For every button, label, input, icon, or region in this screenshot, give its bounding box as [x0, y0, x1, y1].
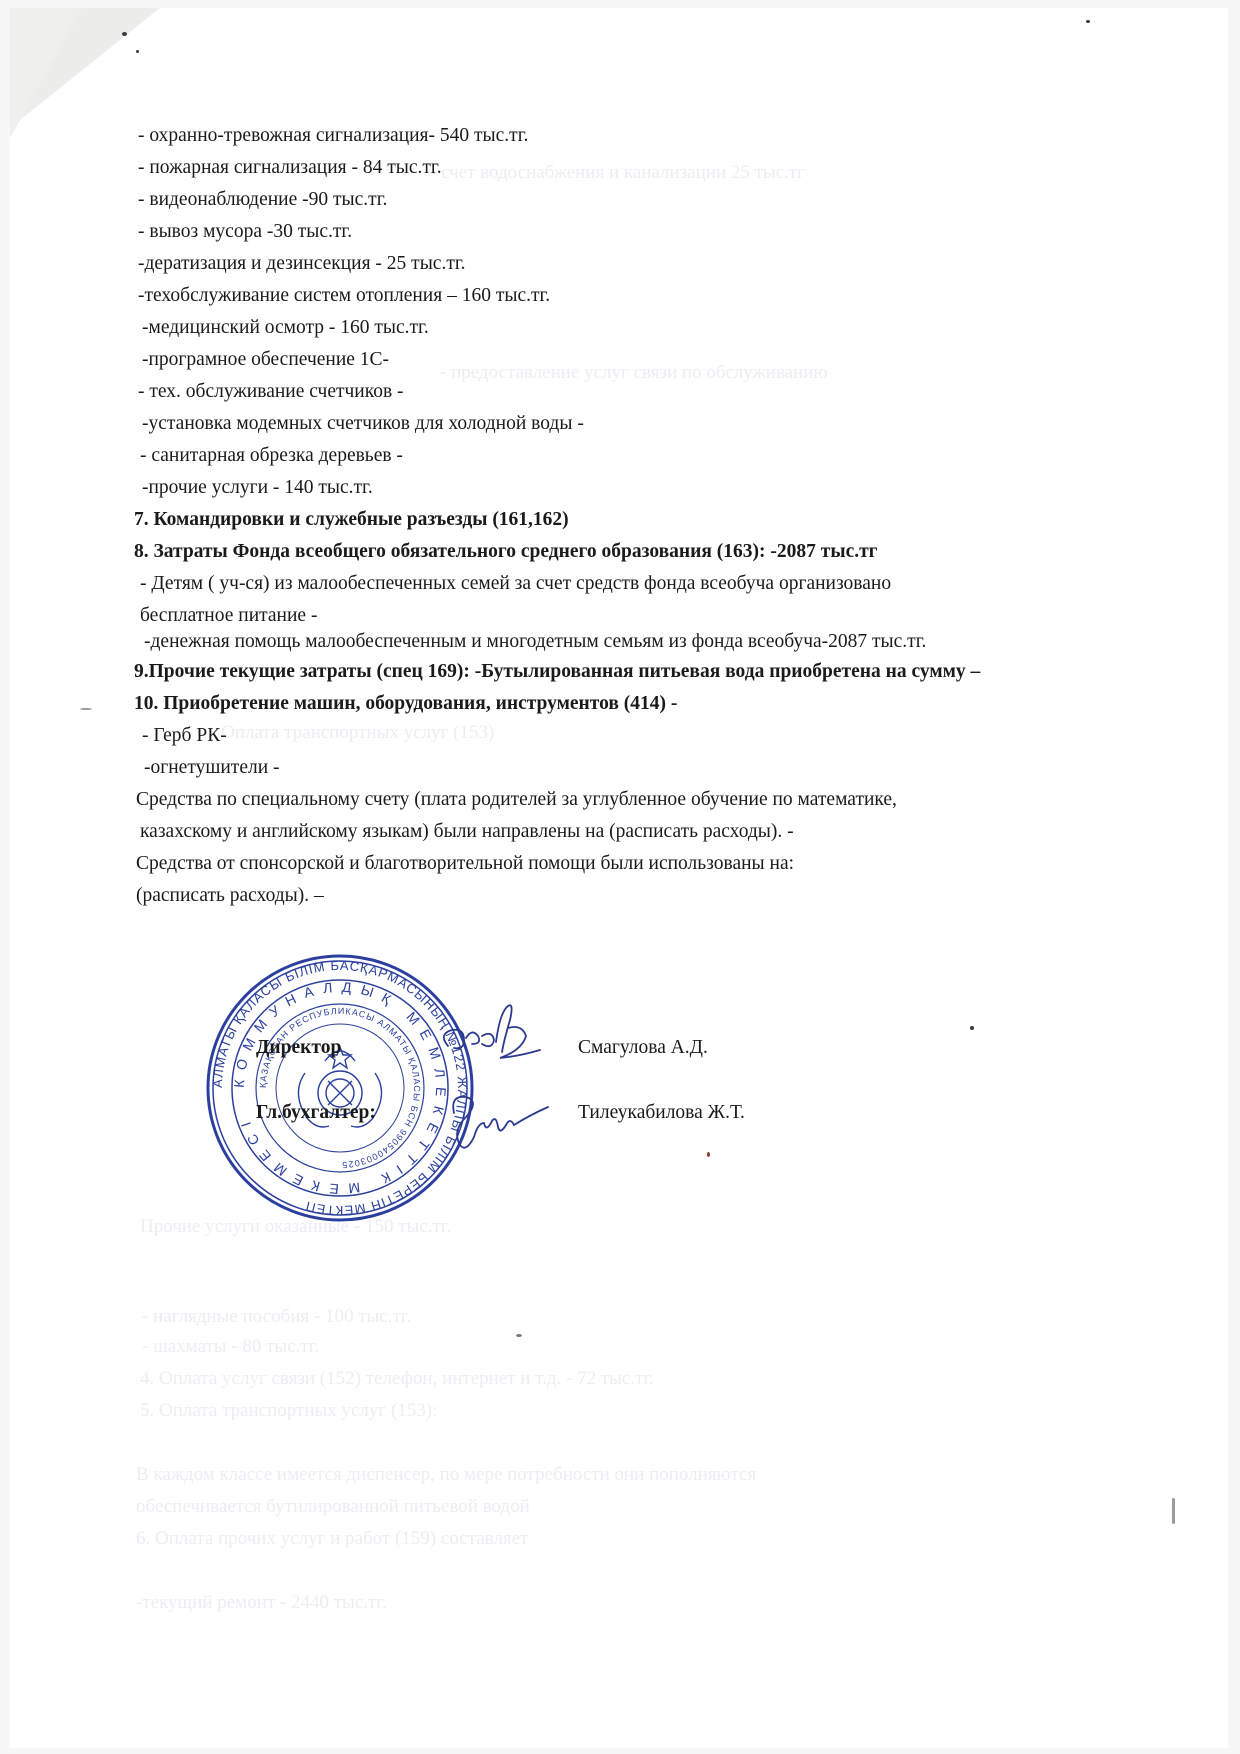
expense-line: -медицинский осмотр - 160 тыс.тг. — [142, 318, 429, 338]
page-fold-corner — [10, 8, 82, 138]
director-name: Смагулова А.Д. — [578, 1038, 708, 1058]
bleed-through-text: 6. Оплата прочих услуг и работ (159) сос… — [136, 1528, 528, 1550]
expense-line: -установка модемных счетчиков для холодн… — [142, 414, 584, 434]
official-stamp: АЛМАТЫ ҚАЛАСЫ БІЛІМ БАСҚАРМАСЫНЫҢ №122 Ж… — [205, 953, 475, 1223]
paragraph-line: Средства по специальному счету (плата ро… — [136, 790, 897, 810]
bleed-through-text: - шахматы - 80 тыс.тг. — [142, 1336, 319, 1358]
bleed-through-text: В каждом классе имеется диспенсер, по ме… — [136, 1464, 756, 1486]
paragraph-line: (расписать расходы). – — [136, 886, 324, 906]
bleed-through-text: 4. Оплата услуг связи (152) телефон, инт… — [140, 1368, 654, 1390]
expense-line: -програмное обеспечение 1С- — [142, 350, 389, 370]
expense-line: - санитарная обрезка деревьев - — [140, 446, 403, 466]
paragraph-line: Средства от спонсорской и благотворитель… — [136, 854, 794, 874]
expense-line: - пожарная сигнализация - 84 тыс.тг. — [138, 158, 442, 178]
scan-speck — [516, 1334, 522, 1337]
expense-line: бесплатное питание - — [140, 606, 317, 626]
svg-text:АЛМАТЫ ҚАЛАСЫ БІЛІМ БАСҚАРМАСЫ: АЛМАТЫ ҚАЛАСЫ БІЛІМ БАСҚАРМАСЫНЫҢ №122 Ж… — [210, 958, 470, 1218]
expense-line: - Герб РК- — [142, 726, 227, 746]
scan-speck — [136, 50, 139, 53]
section-heading-8: 8. Затраты Фонда всеобщего обязательного… — [134, 542, 878, 562]
bleed-through-text: обеспечивается бутилированной питьевой в… — [136, 1496, 530, 1518]
expense-line: -денежная помощь малообеспеченным и мног… — [144, 632, 926, 652]
bleed-through-text: - счет водоснабжения и канализации 25 ты… — [430, 162, 805, 184]
bleed-through-text: 5. Оплата транспортных услуг (153): — [140, 1400, 437, 1422]
scanned-page: - счет водоснабжения и канализации 25 ты… — [10, 8, 1228, 1748]
director-signature — [430, 998, 550, 1068]
bleed-through-text: - наглядные пособия - 100 тыс.тг. — [142, 1306, 411, 1328]
scan-speck — [122, 32, 127, 36]
expense-line: -дератизация и дезинсекция - 25 тыс.тг. — [138, 254, 466, 274]
bleed-through-text: -текущий ремонт - 2440 тыс.тг. — [136, 1592, 387, 1614]
expense-line: - тех. обслуживание счетчиков - — [138, 382, 404, 402]
bleed-through-text: - предоставление услуг связи по обслужив… — [440, 362, 828, 384]
director-title: Директор — [256, 1038, 341, 1058]
paragraph-line: казахскому и английскому языкам) были на… — [140, 822, 794, 842]
svg-text:ҚАЗАҚСТАН РЕСПУБЛИКАСЫ АЛМАТЫ: ҚАЗАҚСТАН РЕСПУБЛИКАСЫ АЛМАТЫ ҚАЛАСЫ БСН… — [258, 1006, 422, 1170]
expense-line: -огнетушители - — [144, 758, 280, 778]
scan-speck — [1172, 1498, 1175, 1524]
bleed-through-text: - Оплата транспортных услуг (153) — [210, 722, 494, 744]
scan-speck — [707, 1152, 710, 1157]
expense-line: -прочие услуги - 140 тыс.тг. — [142, 478, 373, 498]
accountant-title: Гл.бухгалтер: — [256, 1103, 376, 1123]
expense-line: - охранно-тревожная сигнализация- 540 ты… — [138, 126, 528, 146]
expense-line: - видеонаблюдение -90 тыс.тг. — [138, 190, 387, 210]
expense-line: -техобслуживание систем отопления – 160 … — [138, 286, 550, 306]
section-heading-10: 10. Приобретение машин, оборудования, ин… — [134, 694, 677, 714]
expense-line: - Детям ( уч-ся) из малообеспеченных сем… — [140, 574, 891, 594]
scan-speck — [1086, 20, 1090, 23]
scan-speck — [80, 708, 92, 710]
accountant-name: Тилеукабилова Ж.Т. — [578, 1103, 745, 1123]
section-heading-9: 9.Прочие текущие затраты (спец 169): -Бу… — [134, 662, 980, 682]
scan-speck — [970, 1026, 974, 1030]
accountant-signature — [440, 1083, 560, 1153]
section-heading-7: 7. Командировки и служебные разъезды (16… — [134, 510, 569, 530]
stamp-outer-text: АЛМАТЫ ҚАЛАСЫ БІЛІМ БАСҚАРМАСЫНЫҢ №122 Ж… — [210, 958, 470, 1218]
stamp-inner-text: ҚАЗАҚСТАН РЕСПУБЛИКАСЫ АЛМАТЫ ҚАЛАСЫ БСН… — [258, 1006, 422, 1170]
expense-line: - вывоз мусора -30 тыс.тг. — [138, 222, 352, 242]
